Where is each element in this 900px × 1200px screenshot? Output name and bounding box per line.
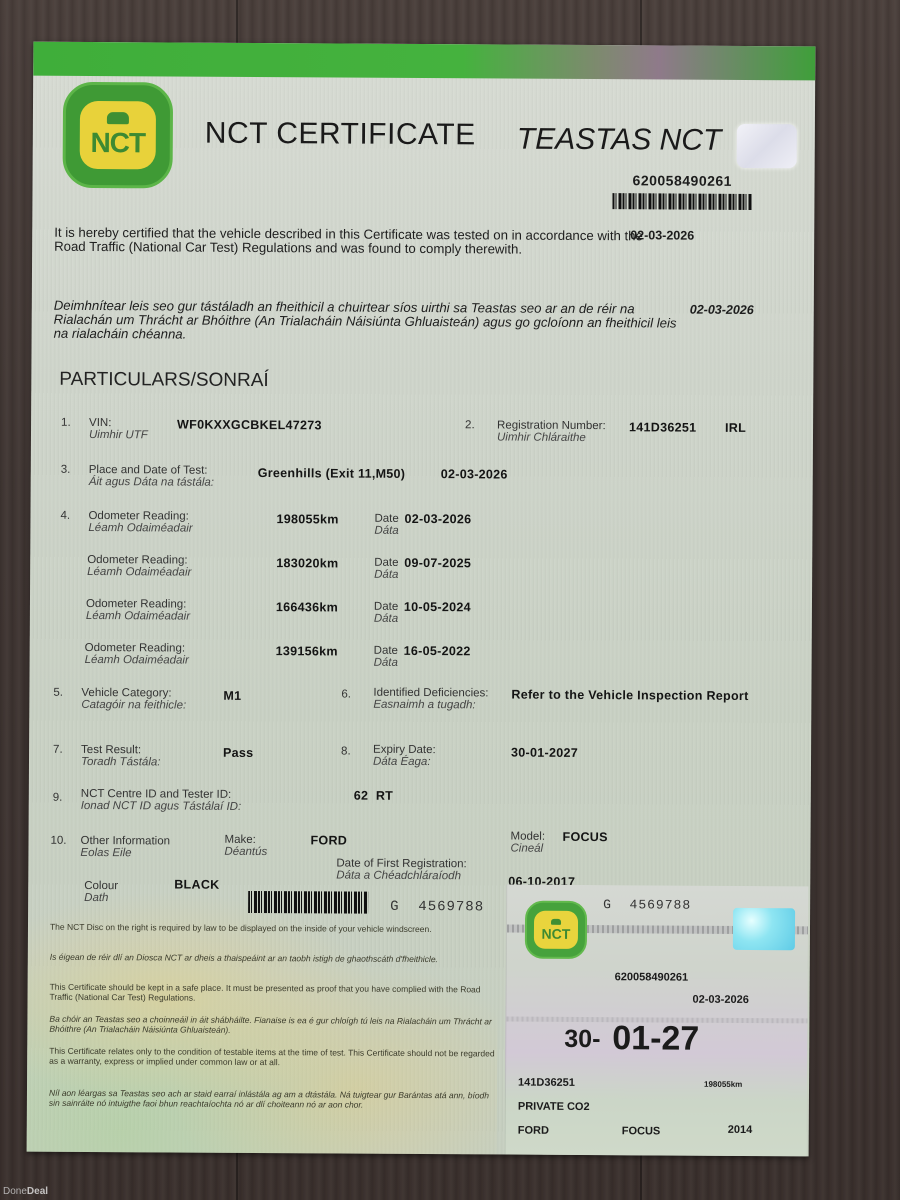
field-number: 10. <box>50 835 66 847</box>
statement-english: It is hereby certified that the vehicle … <box>54 226 674 258</box>
notice-paragraph: This Certificate should be kept in a saf… <box>50 982 500 1005</box>
field-number: 8. <box>341 746 351 758</box>
odometer-date-label: DateDáta <box>374 513 398 537</box>
car-icon <box>107 112 129 124</box>
disc-usage: PRIVATE CO2 <box>518 1101 590 1113</box>
odometer-value: 139156km <box>276 644 338 658</box>
nct-disc: NCT G 4569788 620058490261 02-03-2026 30… <box>505 885 809 1157</box>
disc-year: 2014 <box>728 1124 753 1136</box>
odometer-value: 166436km <box>276 600 338 614</box>
field-number: 2. <box>465 419 475 431</box>
disc-registration: 141D36251 <box>518 1077 575 1089</box>
model-label: Model: Cineál <box>510 831 545 855</box>
odometer-label: Odometer Reading:Léamh Odaiméadair <box>87 554 191 579</box>
odometer-value: 198055km <box>276 512 338 526</box>
disc-logo-text: NCT <box>542 925 571 941</box>
expiry-label: Expiry Date: Dáta Éaga: <box>373 744 436 768</box>
disc-expiry-month-year: 01-27 <box>612 1019 699 1059</box>
notice-paragraph: Níl aon léargas sa Teastas seo ach ar st… <box>49 1088 499 1111</box>
result-value: Pass <box>223 746 253 760</box>
deficiencies-value: Refer to the Vehicle Inspection Report <box>511 688 748 703</box>
test-place-value: Greenhills (Exit 11,M50) <box>258 466 406 481</box>
certificate-number: 620058490261 <box>633 172 733 189</box>
odometer-value: 183020km <box>276 556 338 570</box>
car-icon <box>551 918 561 924</box>
vin-label: VIN: Uimhir UTF <box>89 417 148 441</box>
hologram <box>733 908 795 950</box>
hologram-sticker <box>737 124 797 168</box>
disc-make: FORD <box>518 1125 549 1137</box>
nct-logo: NCT <box>63 82 174 189</box>
disc-nct-logo: NCT <box>525 901 587 959</box>
result-label: Test Result: Toradh Tástála: <box>81 744 161 768</box>
field-number: 3. <box>61 464 71 476</box>
colour-label: Colour Dath <box>84 880 118 904</box>
disc-serial: G 4569788 <box>603 897 691 913</box>
statement-date-english: 02-03-2026 <box>630 228 694 242</box>
first-registration-label: Date of First Registration: Dáta a Chéad… <box>336 857 467 882</box>
disc-certificate-number: 620058490261 <box>615 971 688 983</box>
notice-paragraph: Ba chóir an Teastas seo a choinneáil in … <box>49 1014 499 1037</box>
odometer-date-value: 02-03-2026 <box>404 512 471 526</box>
odometer-label: Odometer Reading:Léamh Odaiméadair <box>85 642 189 667</box>
disc-odometer: 198055km <box>704 1080 742 1089</box>
field-number: 7. <box>53 744 63 756</box>
test-date-value: 02-03-2026 <box>441 467 508 481</box>
model-value: FOCUS <box>563 830 608 844</box>
registration-label: Registration Number: Uimhir Chláraithe <box>497 419 606 444</box>
disc-test-date: 02-03-2026 <box>693 994 749 1006</box>
category-label: Vehicle Category: Catagóir na feithicle: <box>81 687 186 712</box>
odometer-date-label: DateDáta <box>374 557 398 581</box>
odometer-label: Odometer Reading:Léamh Odaiméadair <box>86 598 190 623</box>
barcode <box>612 193 752 210</box>
colour-value: BLACK <box>174 877 219 891</box>
field-number: 6. <box>341 689 351 701</box>
notice-paragraph: This Certificate relates only to the con… <box>49 1046 499 1069</box>
title-english: NCT CERTIFICATE <box>205 117 476 153</box>
deficiencies-label: Identified Deficiencies: Easnaimh a tuga… <box>373 687 493 712</box>
field-number: 9. <box>53 792 63 804</box>
statement-irish: Deimhnítear leis seo gur tástáladh an fh… <box>54 299 694 345</box>
disc-model: FOCUS <box>622 1125 661 1137</box>
serial-number: G 4569788 <box>390 899 484 916</box>
registration-value: 141D36251 <box>629 420 696 434</box>
other-info-label: Other Information Eolas Eile <box>80 835 170 860</box>
odometer-label: Odometer Reading:Léamh Odaiméadair <box>88 510 192 535</box>
disc-expiry-day: 30- <box>564 1025 600 1054</box>
field-number: 4. <box>60 510 70 522</box>
vin-value: WF0KXXGCBKEL47273 <box>177 418 322 433</box>
donedeal-watermark: DoneDeal <box>3 1186 48 1197</box>
place-date-label: Place and Date of Test: Áit agus Dáta na… <box>89 464 214 489</box>
logo-text: NCT <box>90 126 145 158</box>
odometer-date-label: DateDáta <box>374 601 398 625</box>
title-irish: TEASTAS NCT <box>517 123 722 158</box>
expiry-value: 30-01-2027 <box>511 746 578 760</box>
particulars-title: PARTICULARS/SONRAÍ <box>59 369 269 392</box>
top-green-band <box>33 42 815 81</box>
odometer-date-value: 09-07-2025 <box>404 556 471 570</box>
odometer-date-value: 16-05-2022 <box>404 644 471 658</box>
centre-label: NCT Centre ID and Tester ID: Ionad NCT I… <box>81 788 242 813</box>
odometer-date-value: 10-05-2024 <box>404 600 471 614</box>
field-number: 5. <box>53 687 63 699</box>
field-number: 1. <box>61 417 71 429</box>
statement-date-irish: 02-03-2026 <box>690 303 754 317</box>
category-value: M1 <box>223 689 241 703</box>
make-value: FORD <box>310 833 347 847</box>
make-label: Make: Déantús <box>224 834 267 858</box>
nct-certificate: NCT NCT CERTIFICATE TEASTAS NCT 62005849… <box>27 42 816 1157</box>
barcode <box>248 891 368 914</box>
centre-value: 62 RT <box>354 789 393 803</box>
odometer-date-label: DateDáta <box>374 645 398 669</box>
registration-country: IRL <box>725 421 746 435</box>
